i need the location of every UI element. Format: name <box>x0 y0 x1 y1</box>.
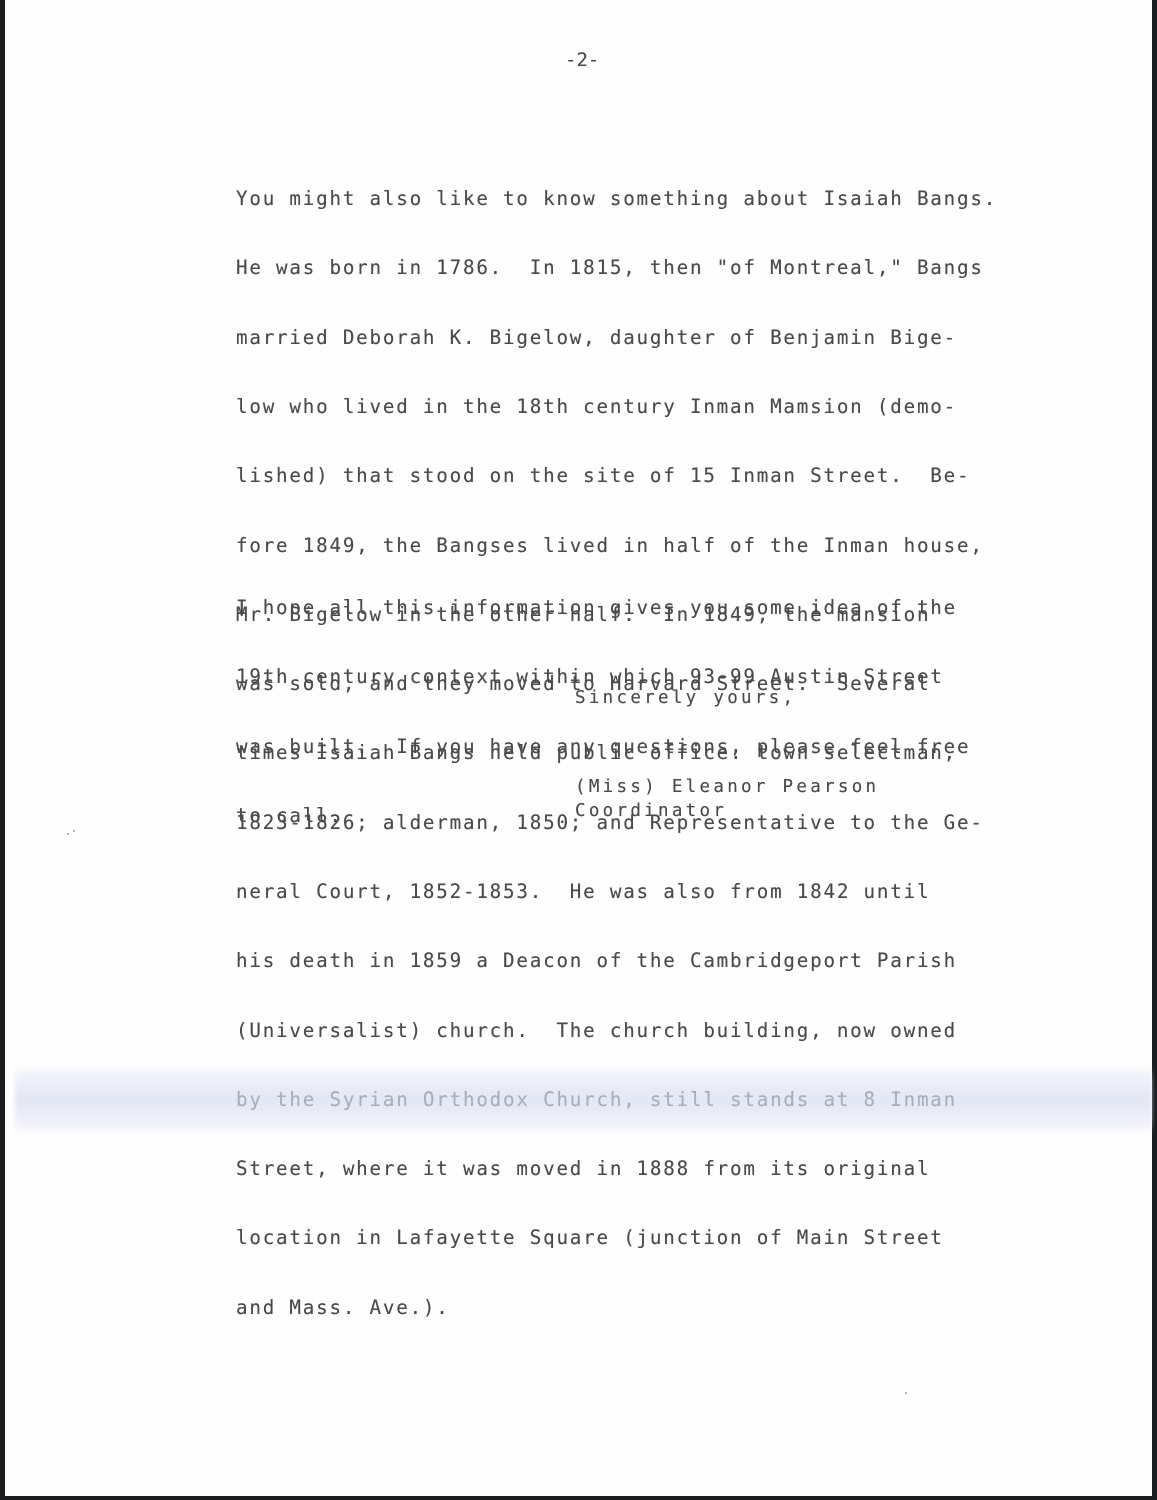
paragraph-line: He was born in 1786. In 1815, then "of M… <box>236 256 997 279</box>
scan-speck <box>67 833 69 835</box>
closing-salutation: Sincerely yours, <box>575 687 796 710</box>
paragraph-line: 19th century context within which 93-99 … <box>236 665 970 688</box>
paragraph-line: location in Lafayette Square (junction o… <box>236 1226 997 1249</box>
paragraph-line: neral Court, 1852-1853. He was also from… <box>236 880 997 903</box>
paragraph-line: his death in 1859 a Deacon of the Cambri… <box>236 949 997 972</box>
paragraph-line: Street, where it was moved in 1888 from … <box>236 1157 997 1180</box>
paragraph-line: low who lived in the 18th century Inman … <box>236 395 997 418</box>
scan-speck <box>73 830 75 832</box>
paragraph-line: (Universalist) church. The church buildi… <box>236 1019 997 1042</box>
paragraph-line: and Mass. Ave.). <box>236 1296 997 1319</box>
signature-title: Coordinator <box>575 800 727 823</box>
page-number: -2- <box>565 49 599 72</box>
scan-speck <box>905 1392 907 1394</box>
paragraph-line: I hope all this information gives you so… <box>236 596 970 619</box>
paragraph-line: was built. If you have any questions, pl… <box>236 735 970 758</box>
body-paragraph-2: I hope all this information gives you so… <box>236 550 970 873</box>
letter-page: -2- You might also like to know somethin… <box>5 0 1152 1496</box>
scan-smudge <box>15 1065 1152 1135</box>
signature-name: (Miss) Eleanor Pearson <box>575 776 879 799</box>
paragraph-line: lished) that stood on the site of 15 Inm… <box>236 464 997 487</box>
paragraph-line: married Deborah K. Bigelow, daughter of … <box>236 326 997 349</box>
paragraph-line: You might also like to know something ab… <box>236 187 997 210</box>
